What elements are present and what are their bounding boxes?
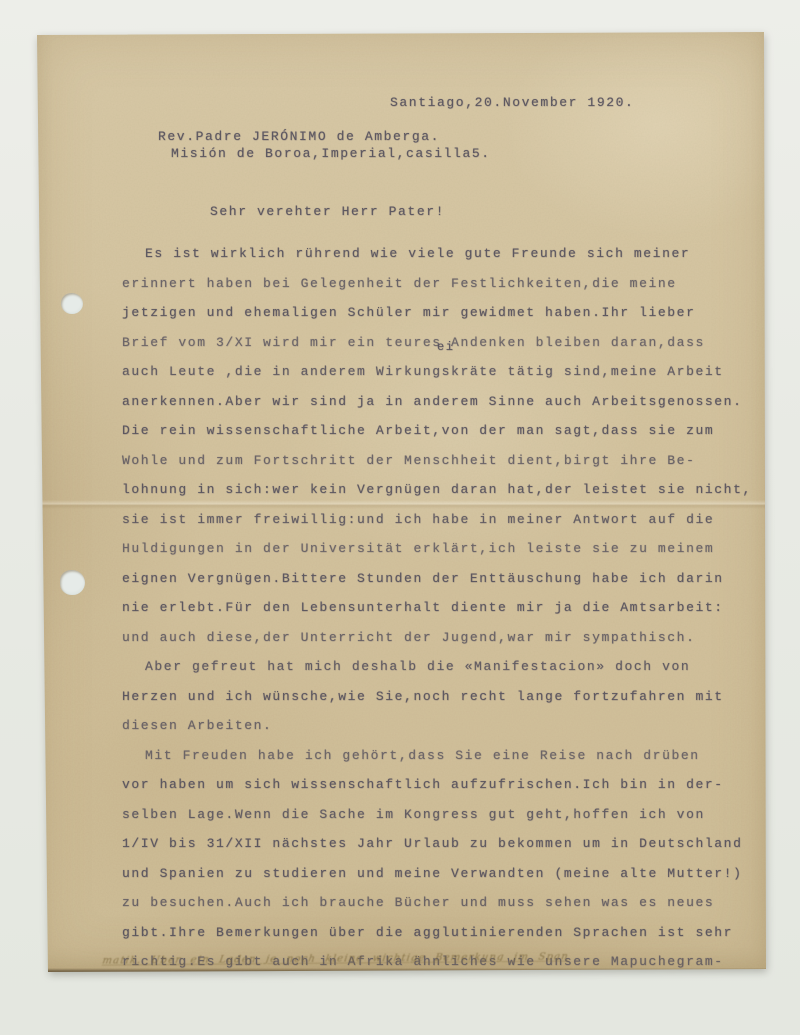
typed-line: nie erlebt.Für den Lebensunterhalt dient… [122, 593, 782, 623]
typed-line: und Spanien zu studieren und meine Verwa… [122, 859, 782, 889]
typed-line: Herzen und ich wünsche,wie Sie,noch rech… [122, 682, 782, 712]
punch-hole-top [61, 293, 83, 314]
typed-line: Wohle und zum Fortschritt der Menschheit… [122, 446, 782, 476]
typed-insertion: ei [437, 340, 455, 354]
typed-line: Huldigungen in der Universität erklärt,i… [122, 534, 782, 564]
date-line: Santiago,20.November 1920. [390, 95, 634, 110]
recipient-name: Rev.Padre JERÓNIMO de Amberga. [158, 129, 440, 144]
typed-line: anerkennen.Aber wir sind ja in anderem S… [122, 387, 782, 417]
typed-line: erinnert haben bei Gelegenheit der Festl… [122, 269, 782, 299]
typed-line: Es ist wirklich rührend wie viele gute F… [122, 239, 782, 269]
typed-line: und auch diese,der Unterricht der Jugend… [122, 623, 782, 653]
typed-line: gibt.Ihre Bemerkungen über die agglutini… [122, 918, 782, 948]
typed-line: jetzigen und ehemaligen Schüler mir gewi… [122, 298, 782, 328]
typed-line: Aber gefreut hat mich deshalb die «Manif… [122, 652, 782, 682]
typed-line: 1/IV bis 31/XII nächstes Jahr Urlaub zu … [122, 829, 782, 859]
typed-line: diesen Arbeiten. [122, 711, 782, 741]
salutation: Sehr verehter Herr Pater! [210, 204, 445, 219]
paper-surface: Santiago,20.November 1920. Rev.Padre JER… [37, 32, 766, 972]
typed-line: auch Leute ,die in anderem Wirkungskräte… [122, 357, 782, 387]
letter-paper: Santiago,20.November 1920. Rev.Padre JER… [37, 32, 766, 972]
typed-line: eignen Vergnügen.Bittere Stunden der Ent… [122, 564, 782, 594]
typed-line: lohnung in sich:wer kein Vergnügen daran… [122, 475, 782, 505]
punch-hole-bottom [60, 570, 85, 595]
paper-edge-shadow [41, 968, 766, 972]
photo-background: Santiago,20.November 1920. Rev.Padre JER… [0, 0, 800, 1035]
typed-line: sie ist immer freiwillig:und ich habe in… [122, 505, 782, 535]
recipient-address: Misión de Boroa,Imperial,casilla5. [171, 146, 491, 161]
typed-line: selben Lage.Wenn die Sache im Kongress g… [122, 800, 782, 830]
typed-line: Mit Freuden habe ich gehört,dass Sie ein… [122, 741, 782, 771]
typed-line: zu besuchen.Auch ich brauche Bücher und … [122, 888, 782, 918]
typed-line: Die rein wissenschaftliche Arbeit,von de… [122, 416, 782, 446]
typed-line: vor haben um sich wissenschaftlich aufzu… [122, 770, 782, 800]
